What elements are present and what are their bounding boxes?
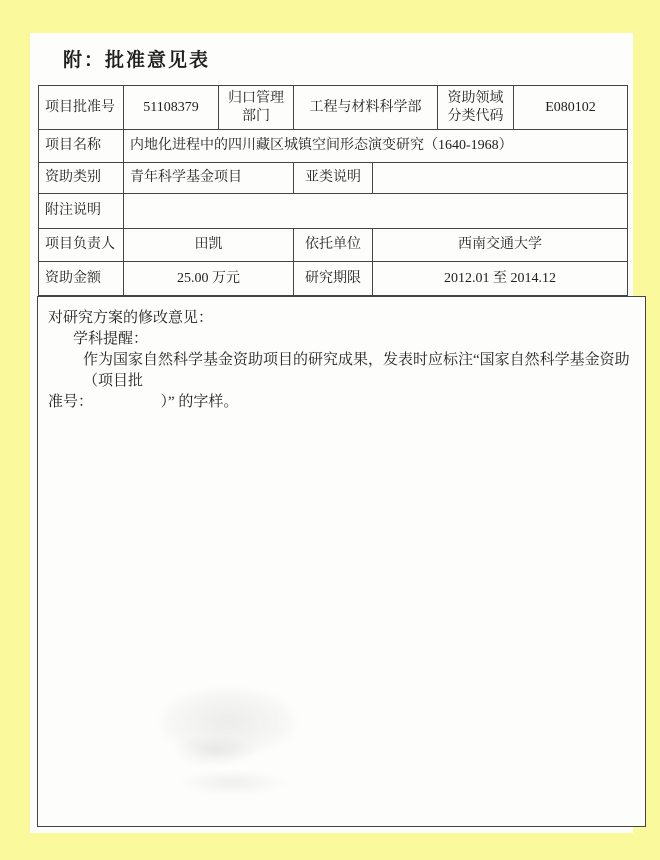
category-label: 资助类别 xyxy=(39,163,124,194)
table-row: 项目批准号 51108379 归口管理 部门 工程与材料科学部 资助领域 分类代… xyxy=(39,86,628,130)
subcategory-label: 亚类说明 xyxy=(294,163,373,194)
page-title: 附：批准意见表 xyxy=(63,45,210,72)
field-code-label: 资助领域 分类代码 xyxy=(438,86,514,130)
table-row: 资助金额 25.00 万元 研究期限 2012.01 至 2014.12 xyxy=(39,262,628,296)
project-name-value: 内地化进程中的四川藏区城镇空间形态演变研究（1640-1968） xyxy=(124,130,628,163)
faint-seal-imprint xyxy=(113,661,343,806)
project-name-label: 项目名称 xyxy=(39,130,124,163)
table-row: 附注说明 xyxy=(39,194,628,229)
category-value: 青年科学基金项目 xyxy=(124,163,294,194)
scan-background: { "header": { "title": "附：批准意见表" }, "tab… xyxy=(0,0,660,860)
institution-value: 西南交通大学 xyxy=(373,229,628,262)
remarks-subheading: 学科提醒： xyxy=(48,329,635,350)
managing-department-label-line1: 归口管理 xyxy=(225,90,287,108)
table-row: 项目名称 内地化进程中的四川藏区城镇空间形态演变研究（1640-1968） xyxy=(39,130,628,163)
period-label: 研究期限 xyxy=(294,262,373,296)
project-number-label: 项目批准号 xyxy=(39,86,124,130)
managing-department-value: 工程与材料科学部 xyxy=(294,86,438,130)
approval-table: 项目批准号 51108379 归口管理 部门 工程与材料科学部 资助领域 分类代… xyxy=(38,85,628,296)
field-code-value: E080102 xyxy=(514,86,628,130)
field-code-label-line1: 资助领域 xyxy=(444,90,507,108)
note-value xyxy=(124,194,628,229)
amount-label: 资助金额 xyxy=(39,262,124,296)
table-row: 资助类别 青年科学基金项目 亚类说明 xyxy=(39,163,628,194)
managing-department-label: 归口管理 部门 xyxy=(219,86,294,130)
remarks-body-line1: 作为国家自然科学基金资助项目的研究成果，发表时应标注“国家自然科学基金资助（项目… xyxy=(48,350,635,392)
amount-value: 25.00 万元 xyxy=(124,262,294,296)
document-page: 附：批准意见表 项目批准号 51108379 归口管理 部门 工程与材料科学部 … xyxy=(30,33,633,833)
leader-label: 项目负责人 xyxy=(39,229,124,262)
remarks-heading: 对研究方案的修改意见： xyxy=(48,308,635,329)
project-number-value: 51108379 xyxy=(124,86,219,130)
institution-label: 依托单位 xyxy=(294,229,373,262)
note-label: 附注说明 xyxy=(39,194,124,229)
remarks-body-line2: 准号： ）” 的字样。 xyxy=(48,392,635,413)
subcategory-value xyxy=(373,163,628,194)
table-row: 项目负责人 田凯 依托单位 西南交通大学 xyxy=(39,229,628,262)
field-code-label-line2: 分类代码 xyxy=(444,108,507,126)
managing-department-label-line2: 部门 xyxy=(225,108,287,126)
leader-value: 田凯 xyxy=(124,229,294,262)
period-value: 2012.01 至 2014.12 xyxy=(373,262,628,296)
